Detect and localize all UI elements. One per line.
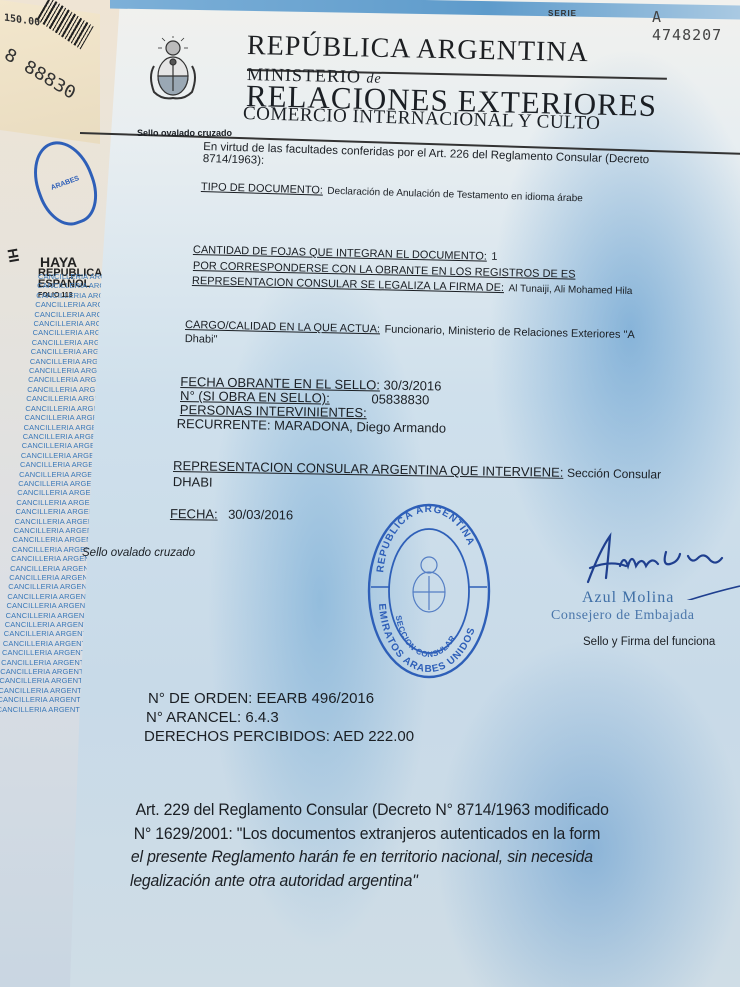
fee-receipt: 150.00 8 88830: [0, 0, 100, 144]
serie-label: SERIE: [548, 9, 577, 18]
receipt-amount: 150.00: [4, 13, 40, 29]
field-sello-details: FECHA OBRANTE EN EL SELLO: 30/3/2016 N° …: [180, 375, 447, 436]
svg-text:REPUBLICA ARGENTINA: REPUBLICA ARGENTINA: [375, 504, 476, 573]
coat-of-arms-icon: [140, 36, 206, 102]
article-229-text: Art. 229 del Reglamento Consular (Decret…: [130, 798, 609, 892]
fees-collected: DERECHOS PERCIBIDOS: AED 222.00: [144, 727, 414, 746]
receipt-number: 8 88830: [1, 44, 79, 104]
heart-stamp: ARABES: [23, 133, 107, 234]
barcode: [36, 0, 93, 49]
signatory-title: Consejero de Embajada: [551, 608, 694, 624]
order-number: N° DE ORDEN: EEARB 496/2016: [148, 689, 414, 708]
signature-caption: Sello y Firma del funciona: [583, 636, 715, 648]
stamp-note-top: Sello ovalado cruzado: [137, 128, 232, 138]
fee-details: N° DE ORDEN: EEARB 496/2016 N° ARANCEL: …: [146, 689, 414, 746]
serie-number: A 4748207: [652, 8, 740, 44]
field-fecha: FECHA: 30/03/2016: [170, 505, 293, 525]
signatory-name: Azul Molina: [582, 589, 674, 607]
consular-oval-stamp: REPUBLICA ARGENTINA EMIRATOS ARABES UNID…: [365, 500, 493, 682]
tariff-number: N° ARANCEL: 6.4.3: [146, 708, 414, 727]
stamp-note-lower: Sello ovalado cruzado: [82, 543, 195, 561]
